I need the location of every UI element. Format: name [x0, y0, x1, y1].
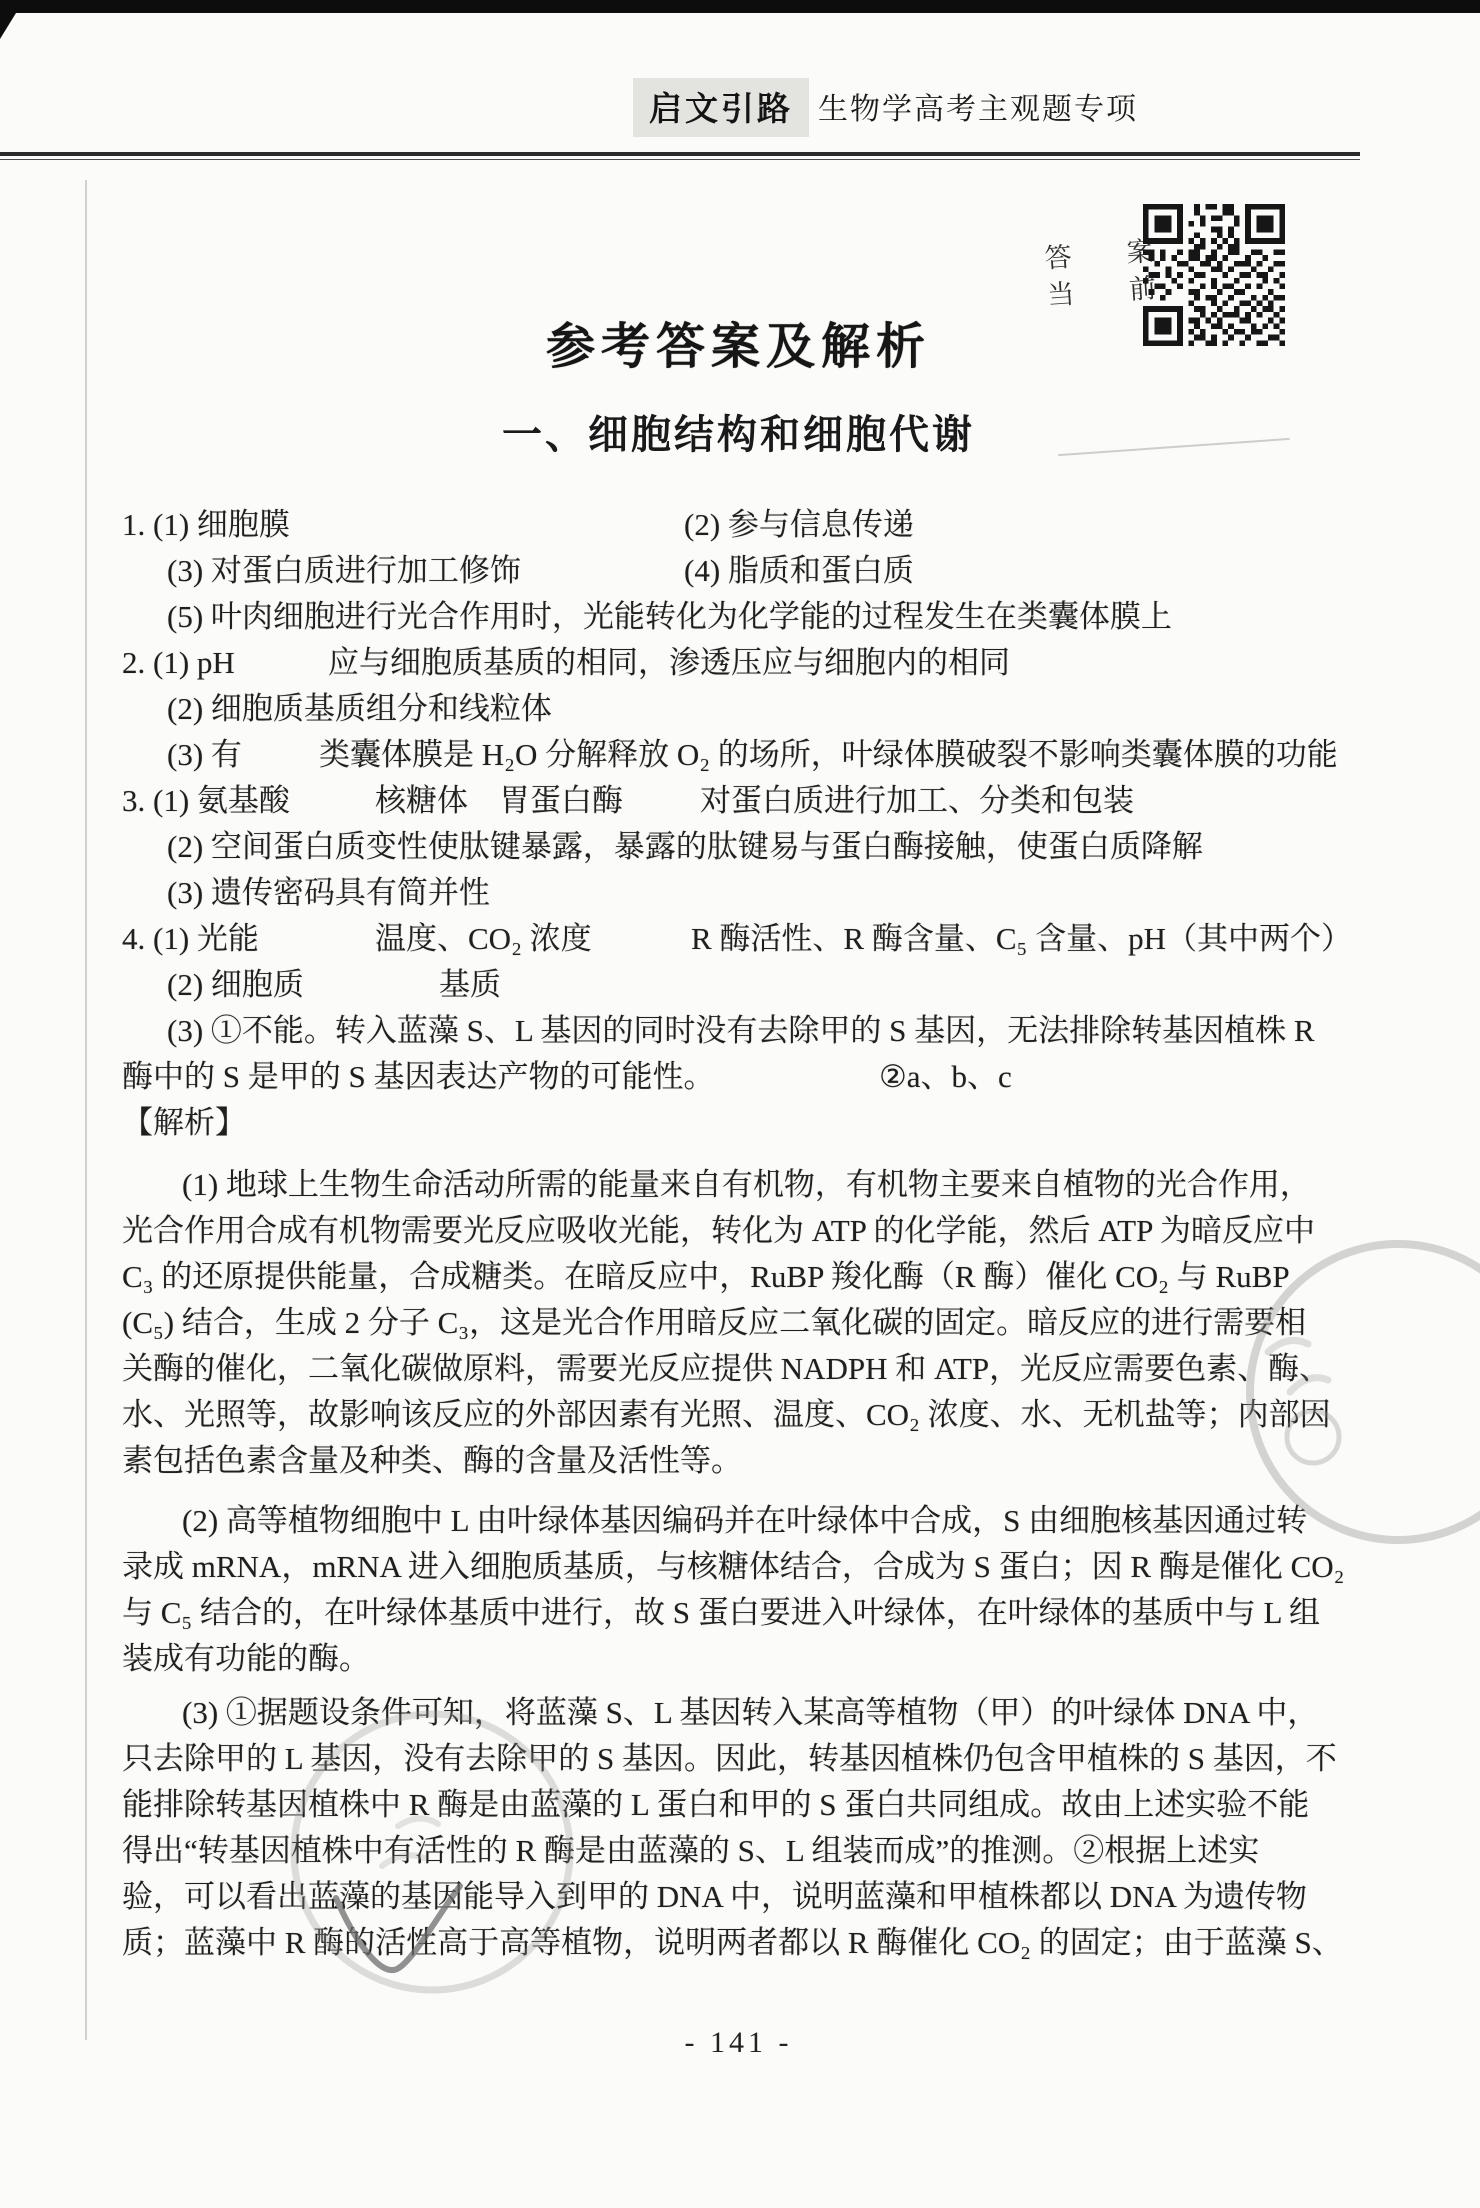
line-segment: 水、光照等，故影响该反应的外部因素有光照、温度、CO₂ 浓度、水、无机盐等；内部… [122, 1395, 1331, 1435]
line-segment: 光合作用合成有机物需要光反应吸收光能，转化为 ATP 的化学能，然后 ATP 为… [122, 1211, 1315, 1251]
line-segment: 只去除甲的 L 基因，没有去除甲的 S 基因。因此，转基因植株仍包含甲植株的 S… [122, 1739, 1337, 1779]
scan-corner-shadow [0, 13, 16, 39]
line-segment: 录成 mRNA，mRNA 进入细胞质基质，与核糖体结合，合成为 S 蛋白；因 R… [122, 1547, 1344, 1587]
line-segment: (3) ①据题设条件可知，将蓝藻 S、L 基因转入某高等植物（甲）的叶绿体 DN… [182, 1693, 1318, 1733]
line-segment: (3) 对蛋白质进行加工修饰 [167, 551, 521, 591]
line-segment: 能排除转基因植株中 R 酶是由蓝藻的 L 蛋白和甲的 S 蛋白共同组成。故由上述… [122, 1785, 1309, 1825]
line-segment: (C₅) 结合，生成 2 分子 C₃，这是光合作用暗反应二氧化碳的固定。暗反应的… [122, 1303, 1306, 1343]
scan-left-edge-line [85, 180, 87, 2040]
line-segment: 2. (1) pH [122, 643, 235, 683]
line-segment: (2) 高等植物细胞中 L 由叶绿体基因编码并在叶绿体中合成，S 由细胞核基因通… [182, 1501, 1307, 1541]
body: 1. (1) 细胞膜(2) 参与信息传递(3) 对蛋白质进行加工修饰(4) 脂质… [122, 0, 1355, 2208]
line-segment: 温度、CO₂ 浓度 [375, 919, 592, 959]
line-segment: (4) 脂质和蛋白质 [684, 551, 914, 591]
line-segment: 酶中的 S 是甲的 S 基因表达产物的可能性。 [122, 1057, 714, 1097]
line-segment: 验，可以看出蓝藻的基因能导入到甲的 DNA 中，说明蓝藻和甲植株都以 DNA 为… [122, 1877, 1307, 1917]
line-segment: (1) 地球上生物生命活动所需的能量来自有机物，有机物主要来自植物的光合作用， [182, 1165, 1311, 1205]
line-segment: (5) 叶肉细胞进行光合作用时，光能转化为化学能的过程发生在类囊体膜上 [167, 597, 1172, 637]
line-segment: 3. (1) 氨基酸 [122, 781, 290, 821]
line-segment: 胃蛋白酶 [499, 781, 623, 821]
line-segment: 1. (1) 细胞膜 [122, 505, 290, 545]
line-segment: (3) 遗传密码具有简并性 [167, 873, 490, 913]
line-segment: 装成有功能的酶。 [122, 1639, 370, 1679]
line-segment: (2) 细胞质基质组分和线粒体 [167, 689, 552, 729]
line-segment: (2) 细胞质 [167, 965, 304, 1005]
line-segment: 与 C₅ 结合的，在叶绿体基质中进行，故 S 蛋白要进入叶绿体，在叶绿体的基质中… [122, 1593, 1320, 1633]
line-segment: (2) 参与信息传递 [684, 505, 914, 545]
line-segment: (3) 有 [167, 735, 242, 775]
line-segment: R 酶活性、R 酶含量、C₅ 含量、pH（其中两个） [691, 919, 1352, 959]
line-segment: (2) 空间蛋白质变性使肽键暴露，暴露的肽键易与蛋白酶接触，使蛋白质降解 [167, 827, 1203, 867]
line-segment: 关酶的催化，二氧化碳做原料，需要光反应提供 NADPH 和 ATP，光反应需要色… [122, 1349, 1330, 1389]
line-segment: 应与细胞质基质的相同，渗透压应与细胞内的相同 [328, 643, 1010, 683]
line-segment: (3) ①不能。转入蓝藻 S、L 基因的同时没有去除甲的 S 基因，无法排除转基… [167, 1011, 1315, 1051]
line-segment: 4. (1) 光能 [122, 919, 259, 959]
line-segment: C₃ 的还原提供能量，合成糖类。在暗反应中，RuBP 羧化酶（R 酶）催化 CO… [122, 1257, 1290, 1297]
scanned-page: 启文引路 生物学高考主观题专项 答 案 当 前 参考答案及解析 一、细胞结构和细… [0, 0, 1480, 2208]
line-segment: 类囊体膜是 H₂O 分解释放 O₂ 的场所，叶绿体膜破裂不影响类囊体膜的功能 [319, 735, 1338, 775]
line-segment: 得出“转基因植株中有活性的 R 酶是由蓝藻的 S、L 组装而成”的推测。②根据上… [122, 1831, 1259, 1871]
line-segment: ②a、b、c [879, 1057, 1012, 1097]
line-segment: 对蛋白质进行加工、分类和包装 [700, 781, 1134, 821]
line-segment: 基质 [439, 965, 501, 1005]
line-segment: 质；蓝藻中 R 酶的活性高于高等植物，说明两者都以 R 酶催化 CO₂ 的固定；… [122, 1923, 1343, 1963]
line-segment: 【解析】 [122, 1103, 246, 1143]
line-segment: 核糖体 [375, 781, 468, 821]
line-segment: 素包括色素含量及种类、酶的含量及活性等。 [122, 1441, 742, 1481]
page-number: - 141 - [122, 2026, 1355, 2060]
